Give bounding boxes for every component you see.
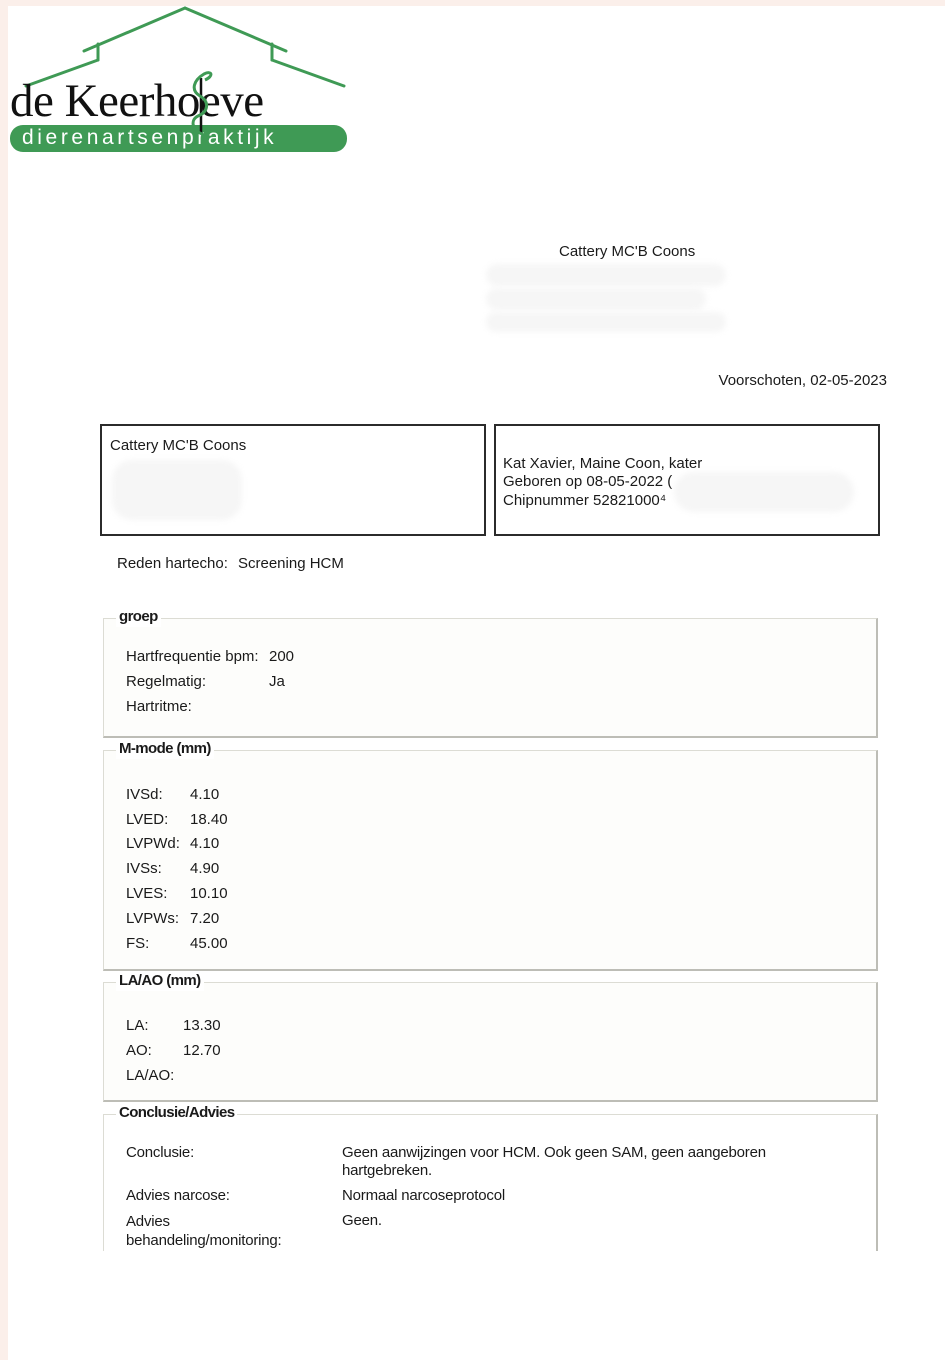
row-label: Hartritme: xyxy=(126,698,192,716)
row-value: 45.00 xyxy=(190,935,228,953)
redacted-address-line xyxy=(486,312,726,332)
reason-label: Reden hartecho: xyxy=(117,555,228,573)
row-value: 18.40 xyxy=(190,811,228,829)
row-value: 13.30 xyxy=(183,1017,221,1035)
row-label: IVSs: xyxy=(126,860,162,878)
row-value: 12.70 xyxy=(183,1042,221,1060)
document-page: de Keerhoeve dierenartsenpraktijk Catter… xyxy=(8,6,945,1360)
owner-name: Cattery MC'B Coons xyxy=(110,436,246,455)
row-label: LVES: xyxy=(126,885,167,903)
row-label: LVPWd: xyxy=(126,835,180,853)
place-date: Voorschoten, 02-05-2023 xyxy=(719,372,887,390)
row-value: 4.10 xyxy=(190,786,219,804)
group-title: Conclusie/Advies xyxy=(116,1103,237,1123)
reason-value: Screening HCM xyxy=(238,555,358,573)
group-la-ao: LA/AO (mm) LA: 13.30 AO: 12.70 LA/AO: xyxy=(103,982,878,1102)
conclusion-label: Conclusie: xyxy=(126,1144,326,1162)
redacted-address-line xyxy=(486,288,706,310)
row-value: 200 xyxy=(269,648,294,666)
row-label: AO: xyxy=(126,1042,152,1060)
row-label: FS: xyxy=(126,935,149,953)
row-label: Hartfrequentie bpm: xyxy=(126,648,259,666)
redacted-animal-details xyxy=(674,472,854,512)
group-mmode: M-mode (mm) IVSd: 4.10 LVED: 18.40 LVPWd… xyxy=(103,750,878,971)
aesculapius-staff-icon xyxy=(8,6,358,158)
animal-description: Kat Xavier, Maine Coon, kater xyxy=(503,454,702,473)
group-title: groep xyxy=(116,607,161,627)
animal-birthdate: Geboren op 08-05-2022 ( xyxy=(503,472,672,491)
group-conclusion: Conclusie/Advies Conclusie: Geen aanwijz… xyxy=(103,1114,878,1251)
row-value: Ja xyxy=(269,673,285,691)
row-label: LA/AO: xyxy=(126,1067,174,1085)
row-label: Regelmatig: xyxy=(126,673,206,691)
row-value: 4.10 xyxy=(190,835,219,853)
group-general: groep Hartfrequentie bpm: 200 Regelmatig… xyxy=(103,618,878,738)
row-label: IVSd: xyxy=(126,786,163,804)
conclusion-value: Geen aanwijzingen voor HCM. Ook geen SAM… xyxy=(342,1144,842,1180)
group-title: LA/AO (mm) xyxy=(116,971,204,991)
row-label: LVPWs: xyxy=(126,910,179,928)
anesthesia-advice-value: Normaal narcoseprotocol xyxy=(342,1187,842,1205)
row-value: 4.90 xyxy=(190,860,219,878)
animal-chipnumber: Chipnummer 52821000⁴ xyxy=(503,491,666,510)
group-title: M-mode (mm) xyxy=(116,739,214,759)
redacted-address-line xyxy=(486,264,726,286)
addressee-name: Cattery MC'B Coons xyxy=(559,243,695,261)
owner-box: Cattery MC'B Coons xyxy=(100,424,486,536)
anesthesia-advice-label: Advies narcose: xyxy=(126,1187,326,1205)
row-label: LA: xyxy=(126,1017,149,1035)
treatment-advice-label: Advies behandeling/monitoring: xyxy=(126,1212,296,1250)
redacted-owner-address xyxy=(112,460,242,520)
clinic-logo: de Keerhoeve dierenartsenpraktijk xyxy=(8,6,358,158)
animal-box: Kat Xavier, Maine Coon, kater Geboren op… xyxy=(494,424,880,536)
row-label: LVED: xyxy=(126,811,168,829)
row-value: 10.10 xyxy=(190,885,228,903)
row-value: 7.20 xyxy=(190,910,219,928)
treatment-advice-value: Geen. xyxy=(342,1212,842,1230)
